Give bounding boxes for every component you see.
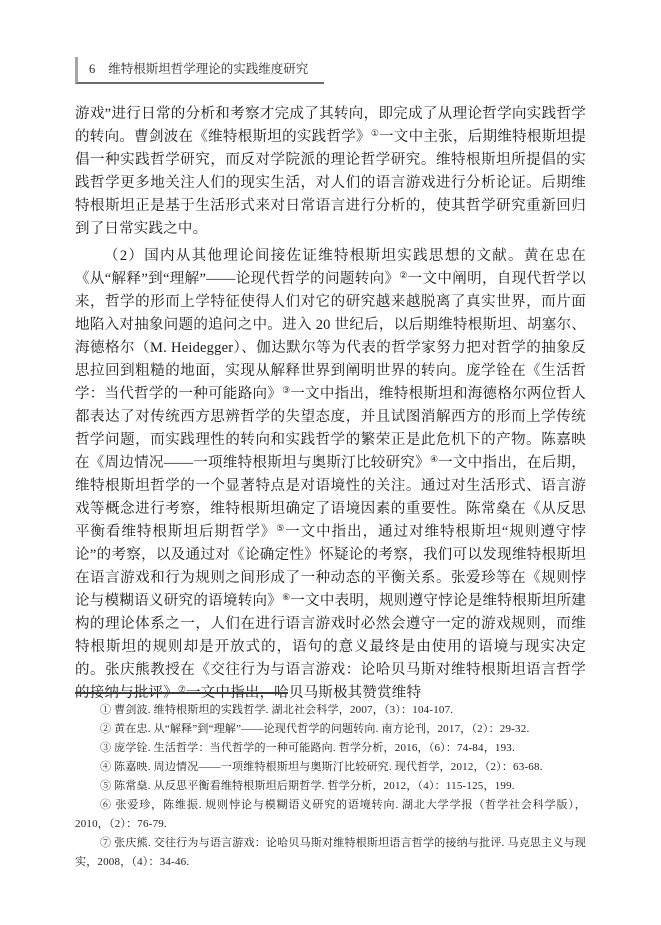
footnote-list: ① 曹剑波. 维特根斯坦的实践哲学. 湖北社会科学，2007，（3）：104-1… [75,701,586,872]
document-page: 6维特根斯坦哲学理论的实践维度研究 游戏”进行日常的分析和考察才完成了其转向，即… [0,0,661,925]
footnote-item: ③ 庞学铨. 生活哲学：当代哲学的一种可能路向. 哲学分析，2016，（6）：7… [75,739,586,758]
footnote-item: ⑥ 张爱珍，陈维振. 规则悖论与模糊语义研究的语境转向. 湖北大学学报（哲学社会… [75,796,586,834]
body-text: 游戏”进行日常的分析和考察才完成了其转向，即完成了从理论哲学向实践哲学的转向。曹… [75,103,586,705]
footnote-ref: ③ [282,385,290,395]
footnotes-section: ① 曹剑波. 维特根斯坦的实践哲学. 湖北社会科学，2007，（3）：104-1… [75,692,586,872]
footnote-ref: ① [371,128,379,138]
running-title: 维特根斯坦哲学理论的实践维度研究 [108,62,308,76]
footnote-ref: ② [399,270,407,280]
page-header: 6维特根斯坦哲学理论的实践维度研究 [75,57,324,84]
footnote-ref: ⑤ [276,523,285,533]
footnote-item: ⑦ 张庆熊. 交往行为与语言游戏：论哈贝马斯对维特根斯坦语言哲学的接纳与批评. … [75,834,586,872]
footnote-item: ④ 陈嘉映. 周边情况——一项维特根斯坦与奥斯汀比较研究. 现代哲学，2012，… [75,758,586,777]
footnote-item: ① 曹剑波. 维特根斯坦的实践哲学. 湖北社会科学，2007，（3）：104-1… [75,701,586,720]
body-paragraph: 游戏”进行日常的分析和考察才完成了其转向，即完成了从理论哲学向实践哲学的转向。曹… [75,103,586,241]
footnote-separator [75,692,288,694]
body-paragraph: （2）国内从其他理论间接佐证维特根斯坦实践思想的文献。黄在忠在《从“解释”到“理… [75,245,586,705]
footnote-item: ② 黄在忠. 从“解释”到“理解”——论现代哲学的问题转向. 南方论刊，2017… [75,720,586,739]
footnote-item: ⑤ 陈常燊. 从反思平衡看维特根斯坦后期哲学. 哲学分析，2012，（4）：11… [75,777,586,796]
page-number: 6 [89,62,95,77]
footnote-ref: ④ [430,454,438,464]
footnote-ref: ⑥ [282,592,290,602]
